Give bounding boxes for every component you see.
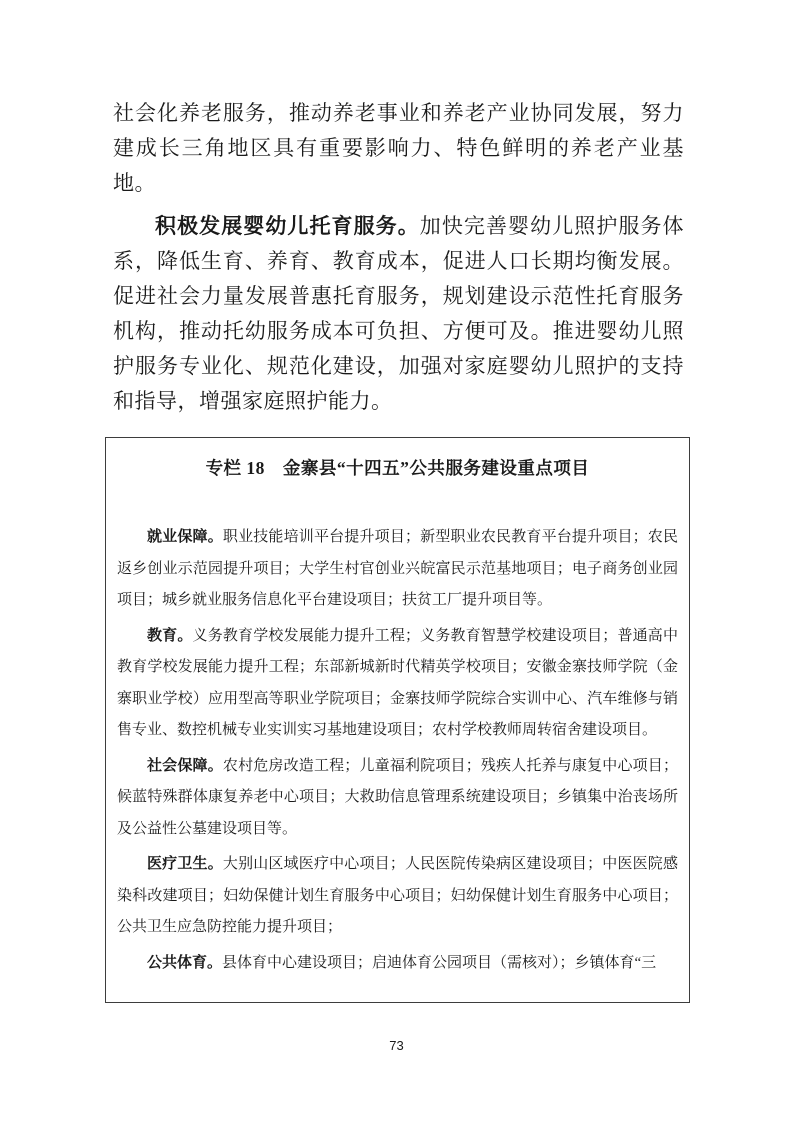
box-item-lead: 教育。	[147, 628, 193, 644]
box-item-healthcare: 医疗卫生。大别山区域医疗中心项目；人民医院传染病区建设项目；中医医院感染科改建项…	[117, 849, 678, 944]
document-page: 社会化养老服务，推动养老事业和养老产业协同发展，努力建成长三角地区具有重要影响力…	[0, 0, 793, 1122]
box-item-text: 县体育中心建设项目；启迪体育公园项目（需核对）；乡镇体育“三	[222, 955, 656, 971]
box-item-education: 教育。义务教育学校发展能力提升工程；义务教育智慧学校建设项目；普通高中教育学校发…	[117, 621, 678, 747]
box-item-lead: 公共体育。	[147, 955, 222, 971]
paragraph-lead: 积极发展婴幼儿托育服务。	[155, 214, 420, 238]
box-item-lead: 医疗卫生。	[147, 856, 223, 872]
paragraph: 积极发展婴幼儿托育服务。加快完善婴幼儿照护服务体系，降低生育、养育、教育成本，促…	[113, 209, 684, 419]
box-item-public-sports: 公共体育。县体育中心建设项目；启迪体育公园项目（需核对）；乡镇体育“三	[117, 948, 678, 980]
box-item-text: 义务教育学校发展能力提升工程；义务教育智慧学校建设项目；普通高中教育学校发展能力…	[117, 628, 678, 739]
box-item-lead: 就业保障。	[147, 529, 223, 545]
box-item-social-security: 社会保障。农村危房改造工程；儿童福利院项目；残疾人托养与康复中心项目；候蓝特殊群…	[117, 751, 678, 846]
box-item-employment: 就业保障。职业技能培训平台提升项目；新型职业农民教育平台提升项目；农民返乡创业示…	[117, 522, 678, 617]
body-text: 社会化养老服务，推动养老事业和养老产业协同发展，努力建成长三角地区具有重要影响力…	[113, 96, 684, 419]
page-number: 73	[0, 1038, 793, 1053]
box-item-lead: 社会保障。	[147, 758, 223, 774]
paragraph-continuation: 社会化养老服务，推动养老事业和养老产业协同发展，努力建成长三角地区具有重要影响力…	[113, 96, 684, 201]
box-title: 专栏 18 金寨县“十四五”公共服务建设重点项目	[117, 456, 678, 480]
feature-box-column-18: 专栏 18 金寨县“十四五”公共服务建设重点项目 就业保障。职业技能培训平台提升…	[105, 437, 690, 1003]
paragraph-text: 社会化养老服务，推动养老事业和养老产业协同发展，努力建成长三角地区具有重要影响力…	[113, 101, 684, 195]
paragraph-text: 加快完善婴幼儿照护服务体系，降低生育、养育、教育成本，促进人口长期均衡发展。促进…	[113, 214, 684, 413]
